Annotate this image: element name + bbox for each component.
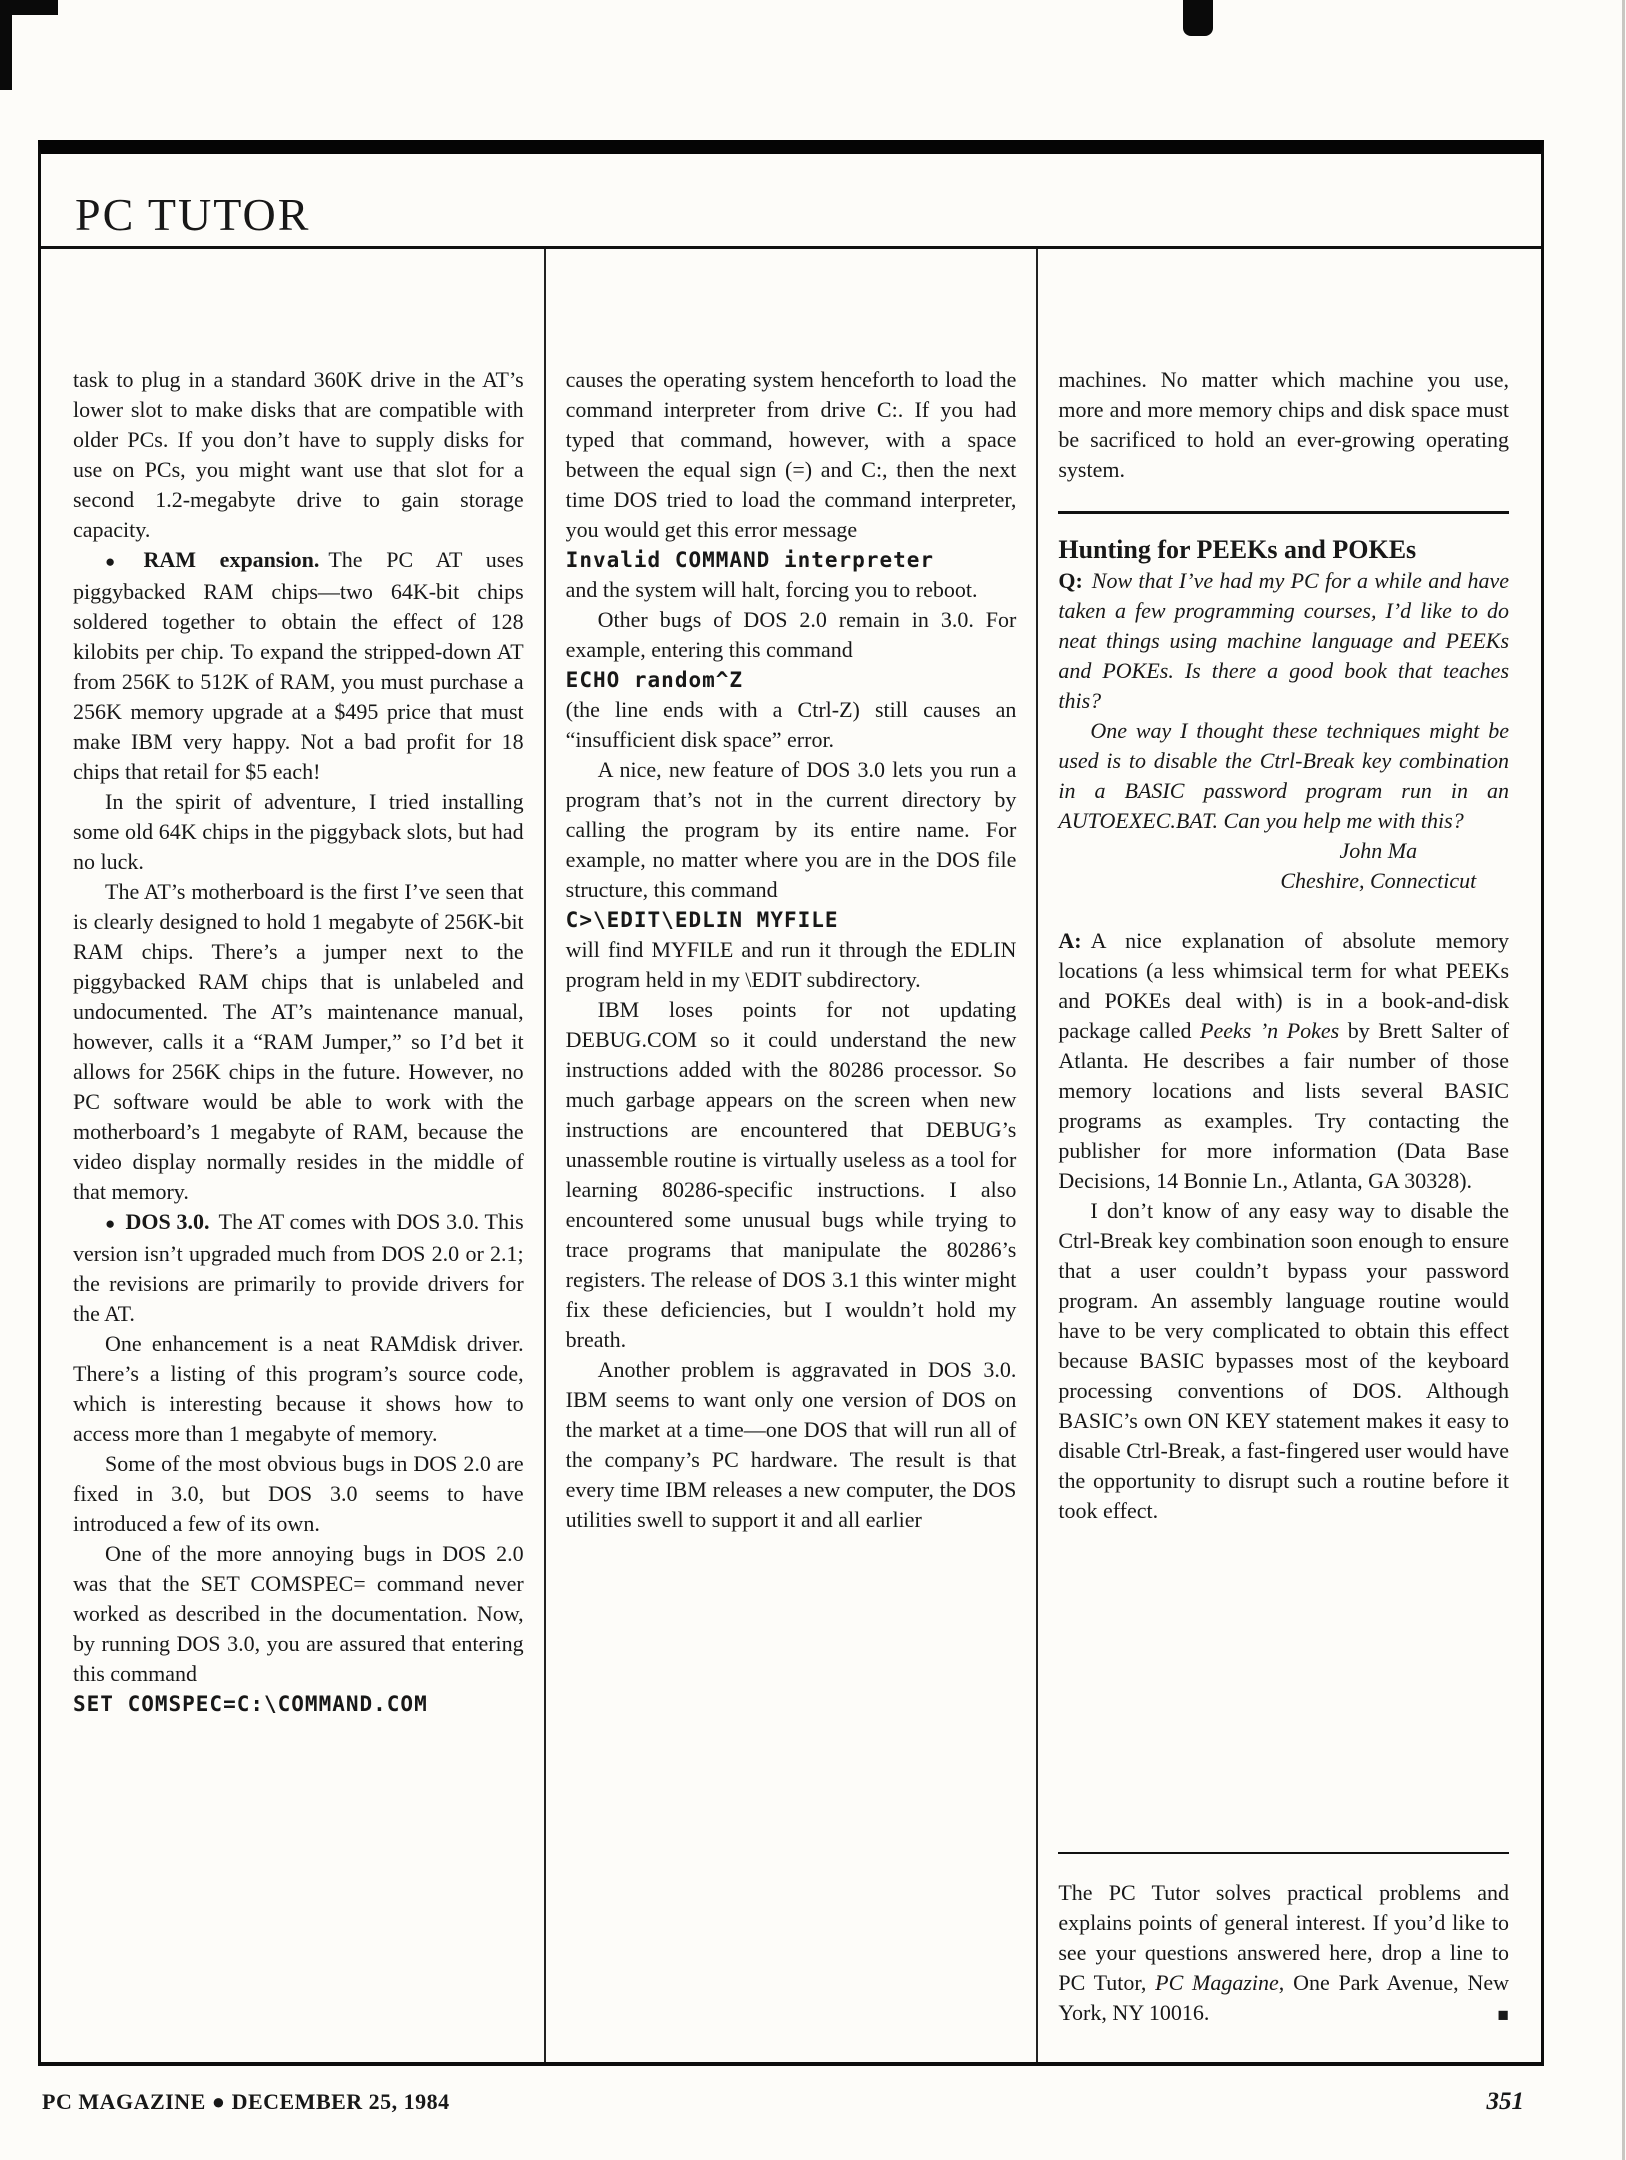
magazine-title: PC Magazine <box>1155 1970 1279 1995</box>
scan-edge <box>1622 0 1625 2160</box>
paragraph: In the spirit of adventure, I tried inst… <box>73 787 524 877</box>
paragraph: causes the operating system henceforth t… <box>566 365 1017 545</box>
footer-magazine-date: PC MAGAZINE ● DECEMBER 25, 1984 <box>42 2089 450 2115</box>
bullet-paragraph: ●DOS 3.0.The AT comes with DOS 3.0. This… <box>73 1207 524 1329</box>
question-paragraph: Q:Now that I’ve had my PC for a while an… <box>1058 566 1509 716</box>
paragraph-text: The PC AT uses piggybacked RAM chips—two… <box>73 547 524 784</box>
bullet-icon: ● <box>105 1214 116 1233</box>
column-2: causes the operating system henceforth t… <box>566 249 1017 2062</box>
paragraph: One of the more annoying bugs in DOS 2.0… <box>73 1539 524 1689</box>
answer-paragraph: A:A nice explanation of absolute memory … <box>1058 926 1509 1196</box>
signature-place: Cheshire, Connecticut <box>1248 866 1509 896</box>
section-divider <box>1058 511 1509 514</box>
column-3: machines. No matter which machine you us… <box>1058 249 1509 2062</box>
column-rule <box>544 249 546 2062</box>
paragraph: Another problem is aggravated in DOS 3.0… <box>566 1355 1017 1535</box>
answer-text: by Brett Salter of Atlanta. He describes… <box>1058 1018 1509 1193</box>
article-frame: PC TUTOR task to plug in a standard 360K… <box>38 140 1544 2066</box>
dos-command: ECHO random^Z <box>566 665 1017 695</box>
bullet-icon: ● <box>105 552 133 571</box>
end-of-article-icon: ■ <box>1498 2006 1509 2025</box>
question-paragraph: One way I thought these techniques might… <box>1058 716 1509 836</box>
column-1: task to plug in a standard 360K drive in… <box>73 249 524 2062</box>
scan-artifact <box>1183 0 1213 36</box>
signature-name: John Ma <box>1248 836 1509 866</box>
paragraph: The AT’s motherboard is the first I’ve s… <box>73 877 524 1207</box>
column-title: PC TUTOR <box>75 192 310 238</box>
run-in-heading: DOS 3.0. <box>126 1209 210 1234</box>
paragraph: task to plug in a standard 360K drive in… <box>73 365 524 545</box>
editor-note: The PC Tutor solves practical problems a… <box>1058 1878 1509 2028</box>
error-message: Invalid COMMAND interpreter <box>566 545 1017 575</box>
page-footer: PC MAGAZINE ● DECEMBER 25, 1984 351 <box>42 2088 1524 2116</box>
paragraph: One enhancement is a neat RAMdisk driver… <box>73 1329 524 1449</box>
article-body: task to plug in a standard 360K drive in… <box>41 249 1541 2062</box>
paragraph: will find MYFILE and run it through the … <box>566 935 1017 995</box>
question-text: Now that I’ve had my PC for a while and … <box>1058 568 1509 713</box>
editor-note-block: The PC Tutor solves practical problems a… <box>1058 1852 1509 2062</box>
dos-command: C>\EDIT\EDLIN MYFILE <box>566 905 1017 935</box>
paragraph: (the line ends with a Ctrl-Z) still caus… <box>566 695 1017 755</box>
paragraph: Some of the most obvious bugs in DOS 2.0… <box>73 1449 524 1539</box>
paragraph: A nice, new feature of DOS 3.0 lets you … <box>566 755 1017 905</box>
book-title: Peeks ’n Pokes <box>1200 1018 1339 1043</box>
paragraph: IBM loses points for not updating DEBUG.… <box>566 995 1017 1355</box>
dos-command: SET COMSPEC=C:\COMMAND.COM <box>73 1689 524 1719</box>
masthead: PC TUTOR <box>41 154 1541 249</box>
paragraph: Other bugs of DOS 2.0 remain in 3.0. For… <box>566 605 1017 665</box>
column-rule <box>1036 249 1038 2062</box>
paragraph: and the system will halt, forcing you to… <box>566 575 1017 605</box>
run-in-heading: RAM expansion. <box>143 547 319 572</box>
page-number: 351 <box>1487 2088 1525 2116</box>
paragraph: I don’t know of any easy way to disable … <box>1058 1196 1509 1526</box>
answer-label: A: <box>1058 928 1081 953</box>
scan-artifact <box>0 0 12 90</box>
section-heading: Hunting for PEEKs and POKEs <box>1058 534 1509 566</box>
paragraph: machines. No matter which machine you us… <box>1058 365 1509 485</box>
question-label: Q: <box>1058 568 1082 593</box>
note-divider <box>1058 1852 1509 1854</box>
bullet-paragraph: ●RAM expansion.The PC AT uses piggybacke… <box>73 545 524 787</box>
